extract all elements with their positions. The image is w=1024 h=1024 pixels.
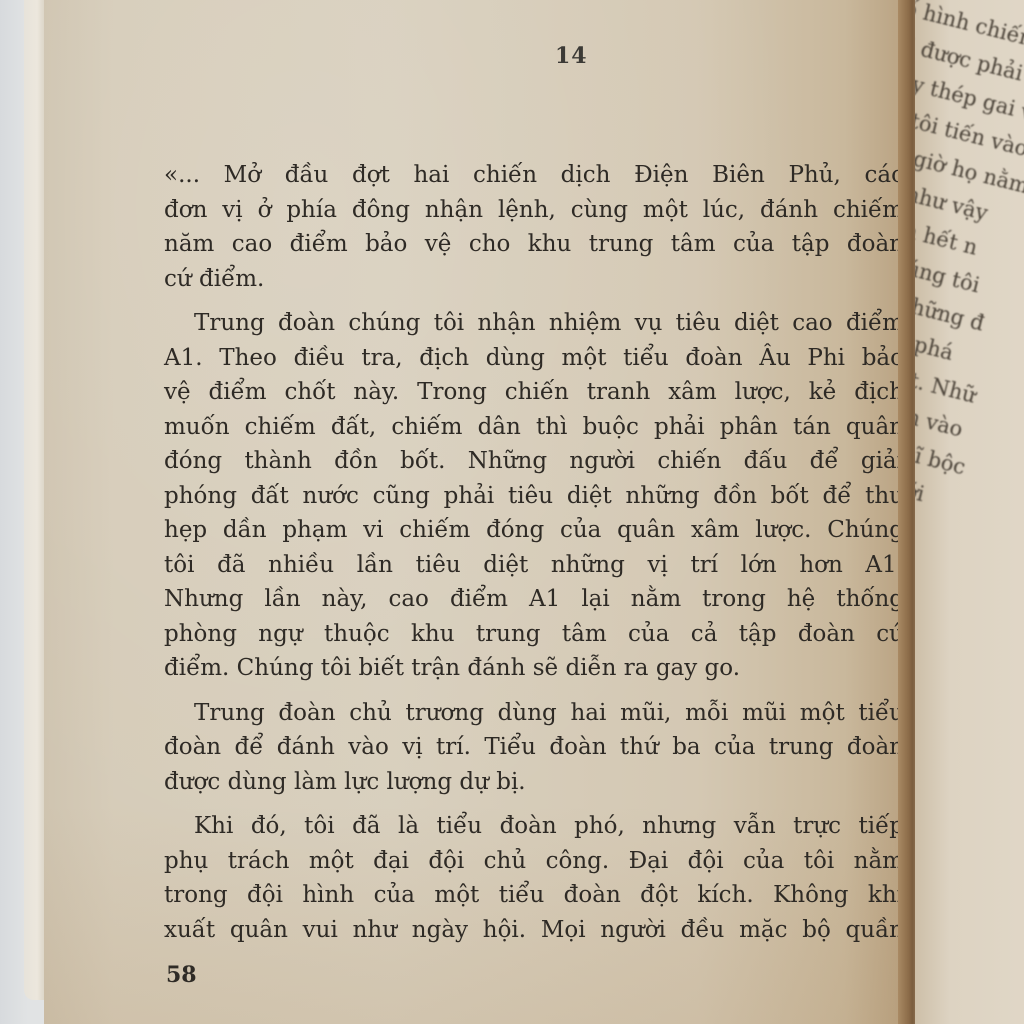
paragraph-4: Khi đó, tôi đã là tiểu đoàn phó, nhưng v… bbox=[164, 809, 904, 947]
text-line: đơn vị ở phía đông nhận lệnh, cùng một l… bbox=[164, 193, 904, 228]
text-line: trong đội hình của một tiểu đoàn đột kíc… bbox=[164, 878, 904, 913]
text-line: Trung đoàn chủ trương dùng hai mũi, mỗi … bbox=[164, 696, 904, 731]
text-line: phòng ngự thuộc khu trung tâm của cả tập… bbox=[164, 617, 904, 652]
paragraph-2: Trung đoàn chúng tôi nhận nhiệm vụ tiêu … bbox=[164, 306, 904, 686]
chapter-number: 14 bbox=[555, 43, 588, 69]
stacked-page-edges bbox=[24, 0, 46, 1000]
text-line: Nhưng lần này, cao điểm A1 lại nằm trong… bbox=[164, 582, 904, 617]
text-line: phụ trách một đại đội chủ công. Đại đội … bbox=[164, 844, 904, 879]
text-line: vệ điểm chốt này. Trong chiến tranh xâm … bbox=[164, 375, 904, 410]
text-line: đoàn để đánh vào vị trí. Tiểu đoàn thứ b… bbox=[164, 730, 904, 765]
text-line: tôi đã nhiều lần tiêu diệt những vị trí … bbox=[164, 548, 904, 583]
text-line: muốn chiếm đất, chiếm dân thì buộc phải … bbox=[164, 410, 904, 445]
page-number: 58 bbox=[166, 962, 197, 988]
text-line: «... Mở đầu đợt hai chiến dịch Điện Biên… bbox=[164, 158, 904, 193]
text-line: Khi đó, tôi đã là tiểu đoàn phó, nhưng v… bbox=[164, 809, 904, 844]
text-line: năm cao điểm bảo vệ cho khu trung tâm củ… bbox=[164, 227, 904, 262]
text-line: điểm. Chúng tôi biết trận đánh sẽ diễn r… bbox=[164, 651, 904, 686]
right-page-text-fragments: ố hình chiến ội được phải dây thép gai v… bbox=[915, 0, 1024, 944]
text-line: hẹp dần phạm vi chiếm đóng của quân xâm … bbox=[164, 513, 904, 548]
paragraph-1: «... Mở đầu đợt hai chiến dịch Điện Biên… bbox=[164, 158, 904, 296]
book-photo: 14 «... Mở đầu đợt hai chiến dịch Điện B… bbox=[0, 0, 1024, 1024]
text-line: phóng đất nước cũng phải tiêu diệt những… bbox=[164, 479, 904, 514]
text-line: xuất quân vui như ngày hội. Mọi người đề… bbox=[164, 913, 904, 948]
text-line: được dùng làm lực lượng dự bị. bbox=[164, 765, 904, 800]
paragraph-3: Trung đoàn chủ trương dùng hai mũi, mỗi … bbox=[164, 696, 904, 800]
text-line: Trung đoàn chúng tôi nhận nhiệm vụ tiêu … bbox=[164, 306, 904, 341]
right-page: ố hình chiến ội được phải dây thép gai v… bbox=[915, 0, 1024, 1024]
page-body-text: «... Mở đầu đợt hai chiến dịch Điện Biên… bbox=[164, 158, 904, 957]
text-line: A1. Theo điều tra, địch dùng một tiểu đo… bbox=[164, 341, 904, 376]
text-line: đóng thành đồn bốt. Những người chiến đấ… bbox=[164, 444, 904, 479]
text-line: cứ điểm. bbox=[164, 262, 904, 297]
